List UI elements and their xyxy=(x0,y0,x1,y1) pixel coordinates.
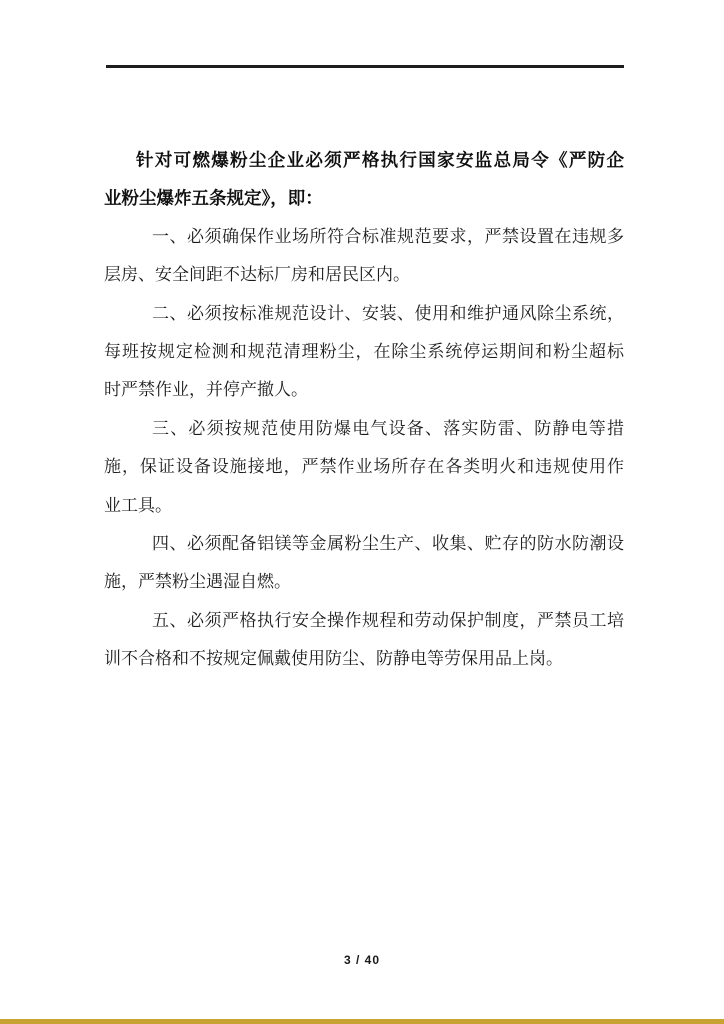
text-line: 五、必须严格执行安全操作规程和劳动保护制度，严禁员工培 xyxy=(104,602,624,640)
text-line: 四、必须配备铝镁等金属粉尘生产、收集、贮存的防水防潮设 xyxy=(104,525,624,563)
title-paragraph: 针对可燃爆粉尘企业必须严格执行国家安监总局令《严防企业粉尘爆炸五条规定》，即： xyxy=(104,141,624,218)
text-line: 三、必须按规范使用防爆电气设备、落实防雷、防静电等措 xyxy=(104,410,624,448)
document-page: 针对可燃爆粉尘企业必须严格执行国家安监总局令《严防企业粉尘爆炸五条规定》，即：一… xyxy=(0,0,724,1024)
body-paragraph: 五、必须严格执行安全操作规程和劳动保护制度，严禁员工培训不合格和不按规定佩戴使用… xyxy=(104,602,624,679)
page-footer: 3 / 40 xyxy=(0,951,724,969)
text-line: 施，保证设备设施接地，严禁作业场所存在各类明火和违规使用作 xyxy=(104,448,624,486)
text-line: 针对可燃爆粉尘企业必须严格执行国家安监总局令《严防企 xyxy=(104,141,624,179)
text-line: 二、必须按标准规范设计、安装、使用和维护通风除尘系统， xyxy=(104,295,624,333)
body-paragraph: 二、必须按标准规范设计、安装、使用和维护通风除尘系统，每班按规定检测和规范清理粉… xyxy=(104,295,624,410)
text-line: 训不合格和不按规定佩戴使用防尘、防静电等劳保用品上岗。 xyxy=(104,640,624,678)
body-paragraph: 三、必须按规范使用防爆电气设备、落实防雷、防静电等措施，保证设备设施接地，严禁作… xyxy=(104,410,624,525)
page-number: 3 / 40 xyxy=(344,953,380,967)
text-line: 每班按规定检测和规范清理粉尘，在除尘系统停运期间和粉尘超标 xyxy=(104,333,624,371)
body-paragraph: 四、必须配备铝镁等金属粉尘生产、收集、贮存的防水防潮设施，严禁粉尘遇湿自燃。 xyxy=(104,525,624,602)
text-line: 业工具。 xyxy=(104,487,624,525)
body-paragraph: 一、必须确保作业场所符合标准规范要求，严禁设置在违规多层房、安全间距不达标厂房和… xyxy=(104,218,624,295)
text-line: 施，严禁粉尘遇湿自燃。 xyxy=(104,563,624,601)
header-rule xyxy=(106,65,624,68)
bottom-divider xyxy=(0,1019,724,1024)
document-body: 针对可燃爆粉尘企业必须严格执行国家安监总局令《严防企业粉尘爆炸五条规定》，即：一… xyxy=(104,141,624,678)
text-line: 层房、安全间距不达标厂房和居民区内。 xyxy=(104,256,624,294)
text-line: 时严禁作业，并停产撤人。 xyxy=(104,371,624,409)
text-line: 业粉尘爆炸五条规定》，即： xyxy=(104,179,624,217)
text-line: 一、必须确保作业场所符合标准规范要求，严禁设置在违规多 xyxy=(104,218,624,256)
